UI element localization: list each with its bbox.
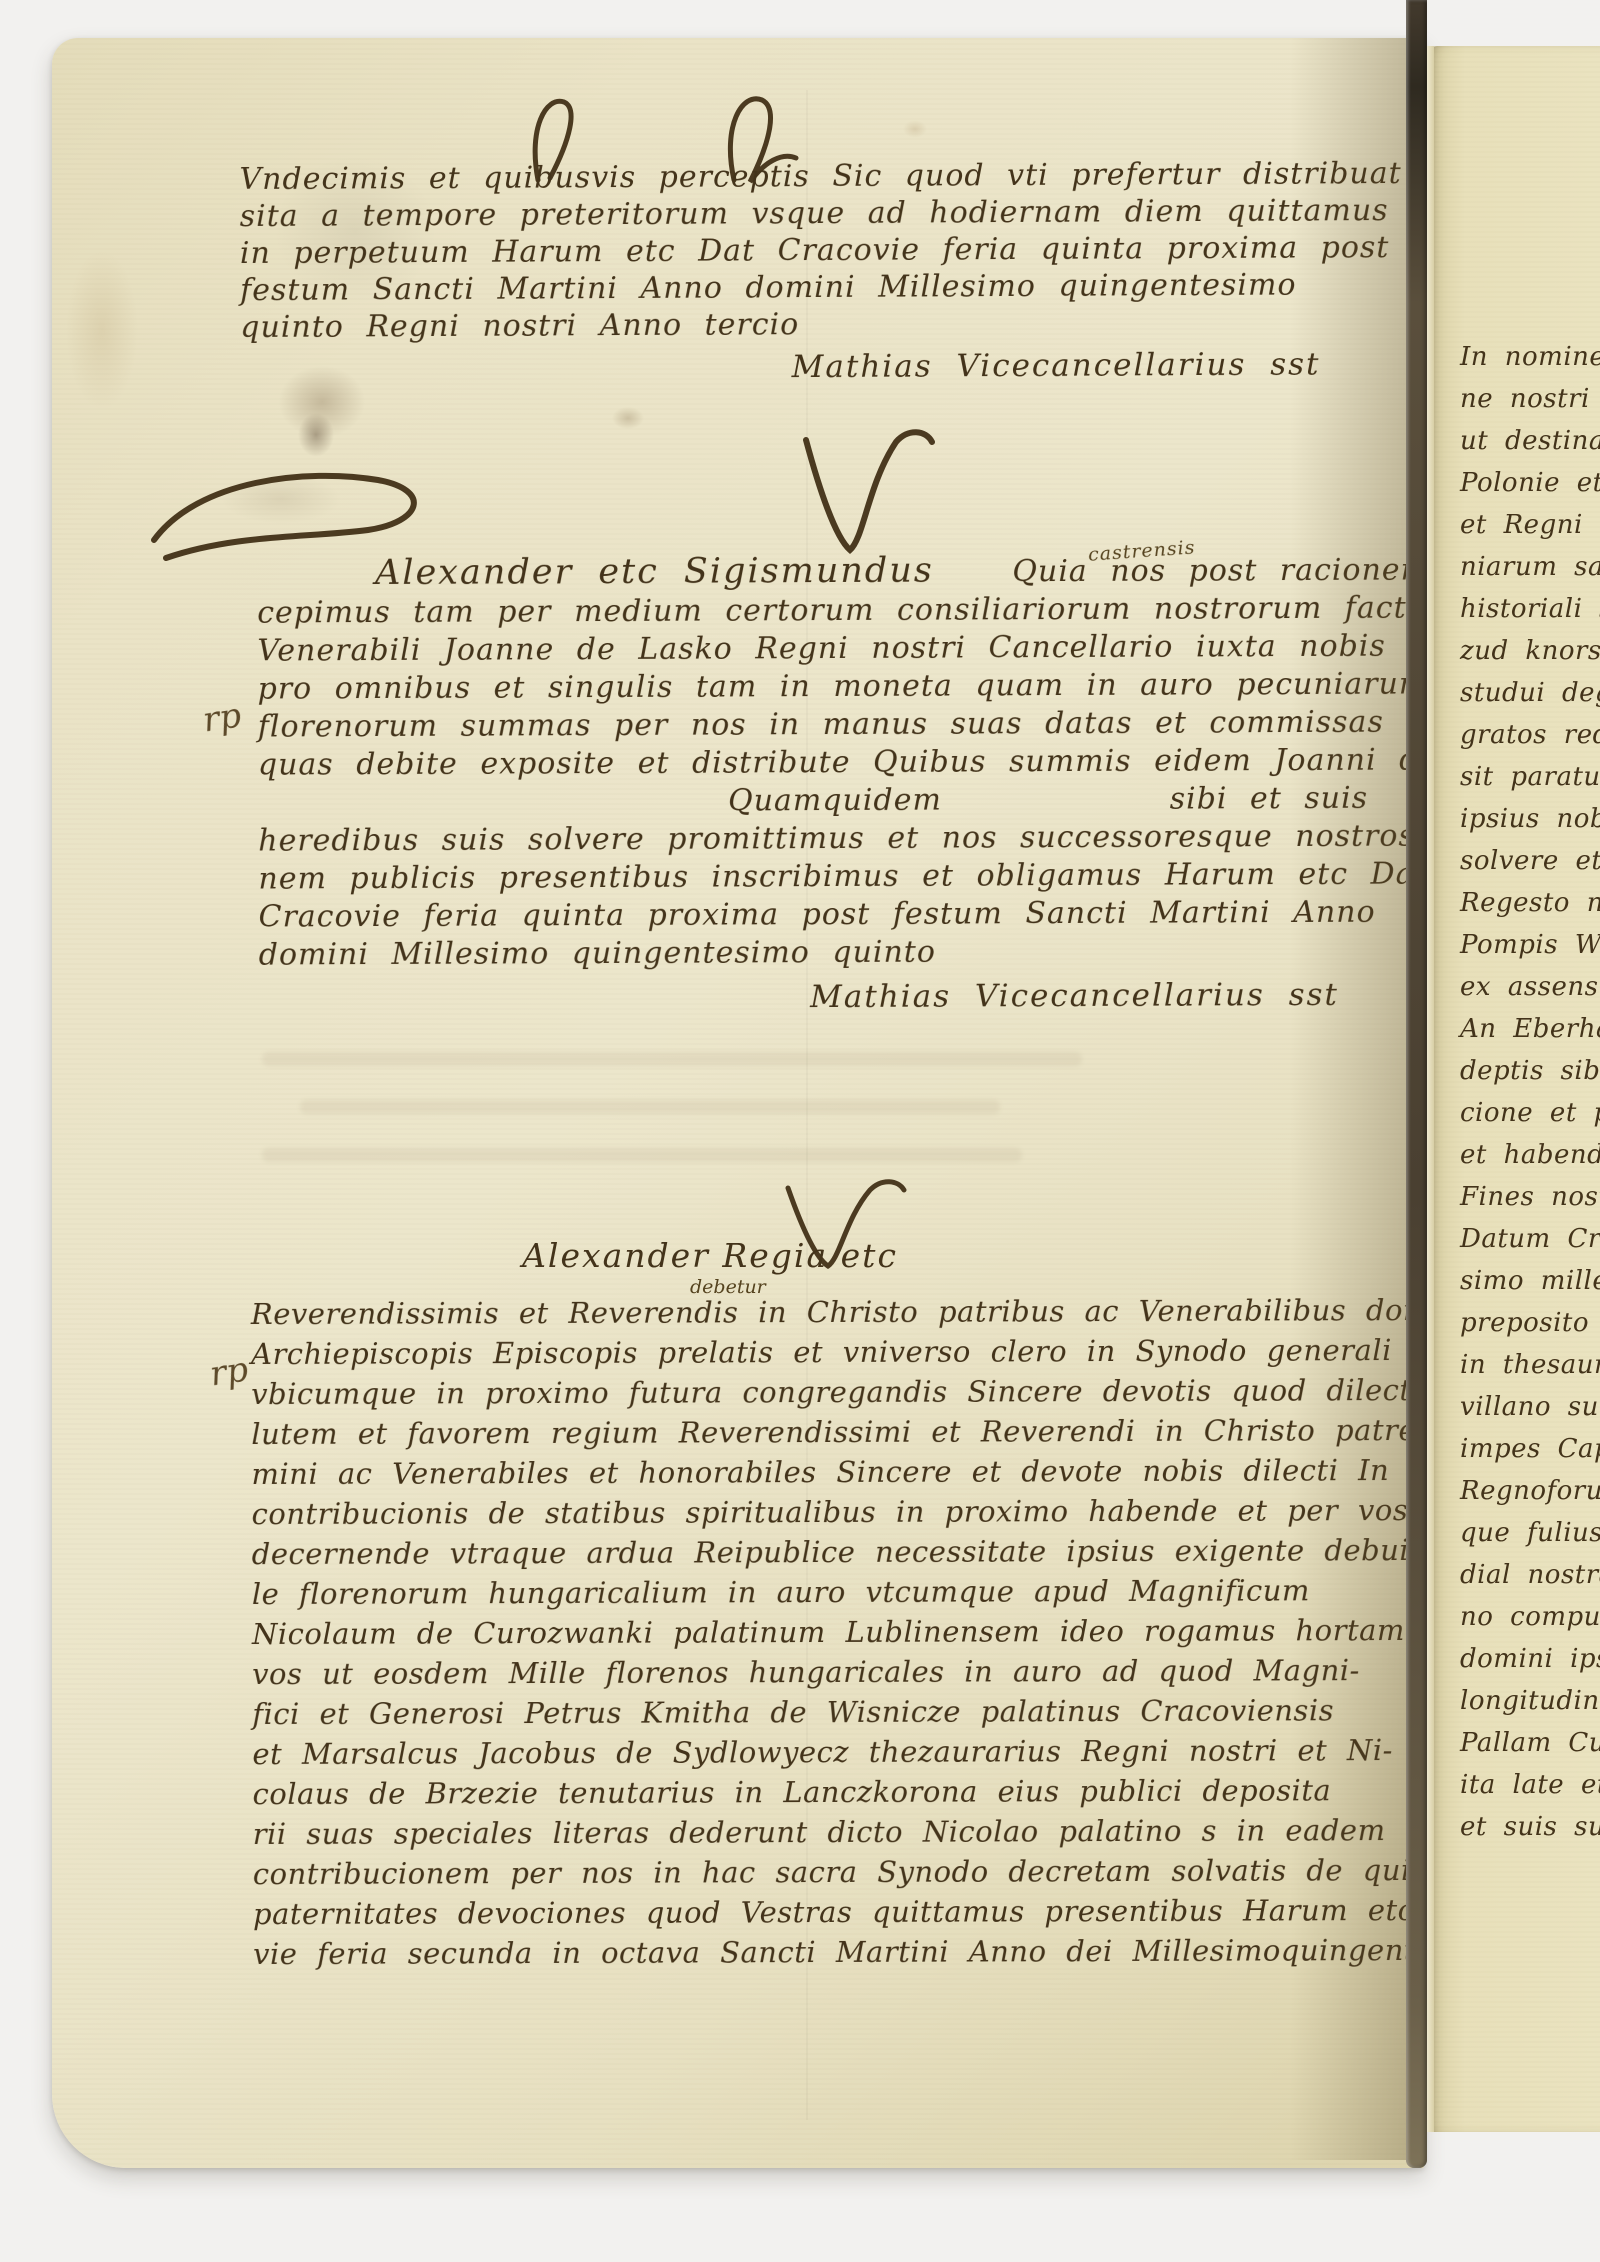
- handwritten-line: no compulsum: [1460, 1596, 1600, 1638]
- handwritten-line: villano suorum: [1460, 1386, 1600, 1428]
- handwritten-line: et suis succes: [1460, 1806, 1600, 1848]
- handwritten-line: festum Sancti Martini Anno domini Milles…: [240, 266, 1390, 309]
- ink-bleedthrough: [262, 1052, 1082, 1066]
- marginal-rp-mark: rp: [200, 695, 244, 740]
- handwritten-line: mini ac Venerabiles et honorabiles Since…: [251, 1450, 1397, 1494]
- handwritten-line: que fulius ne: [1460, 1512, 1600, 1554]
- entry-2-heading-line: Alexander etc Sigismundus Quia nos post …: [257, 549, 1407, 594]
- handwritten-line: vie feria secunda in octava Sancti Marti…: [253, 1930, 1399, 1974]
- handwritten-line: solvere et n: [1460, 840, 1600, 882]
- handwritten-line: paternitates devociones quod Vestras qui…: [253, 1890, 1399, 1934]
- handwritten-line: et Marsalcus Jacobus de Sydlowyecz theza…: [252, 1730, 1398, 1774]
- handwritten-line: heredibus suis solvere promittimus et no…: [258, 817, 1408, 860]
- chancellor-signature: Mathias Vicecancellarius sst: [240, 346, 1390, 389]
- handwritten-line: Datum Craco: [1460, 1218, 1600, 1260]
- handwritten-line: vbicumque in proximo futura congregandis…: [251, 1370, 1397, 1414]
- handwritten-line: deptis sibi et: [1460, 1050, 1600, 1092]
- handwritten-line: preposito Crac: [1460, 1302, 1600, 1344]
- entry-3-lines: Reverendissimis et Reverendis in Christo…: [251, 1290, 1399, 1974]
- handwritten-line: historiali sanc: [1460, 588, 1600, 630]
- gutter-shadow: [1290, 38, 1410, 2160]
- right-page-edge: [1427, 46, 1434, 2132]
- handwritten-line: sita a tempore preteritorum vsque ad hod…: [240, 192, 1390, 235]
- handwritten-line: pro omnibus et singulis tam in moneta qu…: [257, 665, 1407, 708]
- entry-1-lines: Vndecimis et quibusvis perceptis Sic quo…: [239, 155, 1390, 346]
- handwritten-line: impes Capelle: [1460, 1428, 1600, 1470]
- handwritten-line: studui degen: [1460, 672, 1600, 714]
- handwritten-line: cione et perti: [1460, 1092, 1600, 1134]
- entry-2-lower-lines: heredibus suis solvere promittimus et no…: [258, 817, 1409, 974]
- handwritten-line: dial nostrad: [1460, 1554, 1600, 1596]
- handwritten-line: niarum sacre: [1460, 546, 1600, 588]
- register-entry-2: Alexander etc Sigismundus Quia nos post …: [257, 549, 1409, 1018]
- handwritten-line: ex assensu t: [1460, 966, 1600, 1008]
- ink-bleedthrough: [300, 1100, 1000, 1114]
- handwritten-line: Venerabili Joanne de Lasko Regni nostri …: [257, 627, 1407, 670]
- marginal-rp-mark: rp: [207, 1349, 251, 1394]
- handwritten-line: Archiepiscopis Episcopis prelatis et vni…: [251, 1330, 1397, 1374]
- chancellor-signature: Mathias Vicecancellarius sst: [259, 975, 1409, 1018]
- handwritten-line: ne nostri Lad: [1460, 378, 1600, 420]
- handwritten-line: et Regni polo: [1460, 504, 1600, 546]
- handwritten-line: rii suas speciales literas dederunt dict…: [253, 1810, 1399, 1854]
- handwritten-line: In nomine dom: [1460, 336, 1600, 378]
- handwritten-line: nem publicis presentibus inscribimus et …: [258, 855, 1408, 898]
- register-entry-1: Vndecimis et quibusvis perceptis Sic quo…: [239, 155, 1390, 389]
- handwritten-line: ipsius nobis: [1460, 798, 1600, 840]
- handwritten-line: Fines nostre s: [1460, 1176, 1600, 1218]
- aside-left-text: Quamquidem: [728, 782, 942, 821]
- entry-2-upper-lines: cepimus tam per medium certorum consilia…: [257, 589, 1408, 784]
- right-page-text-column: In nomine domne nostri Ladut destinanteP…: [1460, 336, 1600, 1848]
- handwritten-line: gratos reddit: [1460, 714, 1600, 756]
- handwritten-line: in thesaurario: [1460, 1344, 1600, 1386]
- handwritten-line: ut destinante: [1460, 420, 1600, 462]
- register-entry-3: Reverendissimis et Reverendis in Christo…: [251, 1290, 1399, 1974]
- handwritten-line: colaus de Brzezie tenutarius in Lanczkor…: [252, 1770, 1398, 1814]
- handwritten-line: Reverendissimis et Reverendis in Christo…: [251, 1290, 1397, 1334]
- handwritten-line: simo millesimo: [1460, 1260, 1600, 1302]
- handwritten-line: contribucionis de statibus spiritualibus…: [252, 1490, 1398, 1534]
- handwritten-line: Cracovie feria quinta proxima post festu…: [258, 893, 1408, 936]
- manuscript-photograph: Vndecimis et quibusvis perceptis Sic quo…: [0, 0, 1600, 2262]
- handwritten-line: Vndecimis et quibusvis perceptis Sic quo…: [239, 155, 1389, 198]
- handwritten-line: quinto Regni nostri Anno tercio: [240, 303, 1390, 346]
- handwritten-line: An Eberhardi: [1460, 1008, 1600, 1050]
- handwritten-line: ita late et lon: [1460, 1764, 1600, 1806]
- handwritten-line: le florenorum hungaricalium in auro vtcu…: [252, 1570, 1398, 1614]
- handwritten-line: domini Millesimo quingentesimo quinto: [259, 931, 1409, 974]
- handwritten-line: contribucionem per nos in hac sacra Syno…: [253, 1850, 1399, 1894]
- handwritten-line: domini ipsius: [1460, 1638, 1600, 1680]
- handwritten-line: lutem et favorem regium Reverendissimi e…: [251, 1410, 1397, 1454]
- handwritten-line: Regnoforum: [1460, 1470, 1600, 1512]
- handwritten-line: vos ut eosdem Mille florenos hungaricale…: [252, 1650, 1398, 1694]
- ink-bleedthrough: [262, 1148, 1022, 1162]
- book-gutter-rod: [1406, 0, 1427, 2168]
- handwritten-line: Nicolaum de Curozwanki palatinum Lubline…: [252, 1610, 1398, 1654]
- handwritten-line: cepimus tam per medium certorum consilia…: [257, 589, 1407, 632]
- handwritten-line: quas debite exposite et distribute Quibu…: [258, 741, 1408, 784]
- handwritten-line: longitudinis: [1460, 1680, 1600, 1722]
- handwritten-line: florenorum summas per nos in manus suas …: [258, 703, 1408, 746]
- entry-opening-words: Alexander etc Sigismundus: [375, 551, 934, 593]
- handwritten-line: zud knors Sec: [1460, 630, 1600, 672]
- handwritten-line: Pompis Wla: [1460, 924, 1600, 966]
- entry-3-heading: Alexander Regia etc: [430, 1236, 990, 1275]
- handwritten-line: Pallam Cum: [1460, 1722, 1600, 1764]
- handwritten-line: Polonie etc B: [1460, 462, 1600, 504]
- handwritten-line: Regesto nobis: [1460, 882, 1600, 924]
- entry-2-aside-line: Quamquidem sibi et suis: [258, 779, 1408, 822]
- handwritten-line: decernende vtraque ardua Reipublice nece…: [252, 1530, 1398, 1574]
- handwritten-line: fici et Generosi Petrus Kmitha de Wisnic…: [252, 1690, 1398, 1734]
- handwritten-line: in perpetuum Harum etc Dat Cracovie feri…: [240, 229, 1390, 272]
- handwritten-line: sit paratum: [1460, 756, 1600, 798]
- handwritten-line: et habendam: [1460, 1134, 1600, 1176]
